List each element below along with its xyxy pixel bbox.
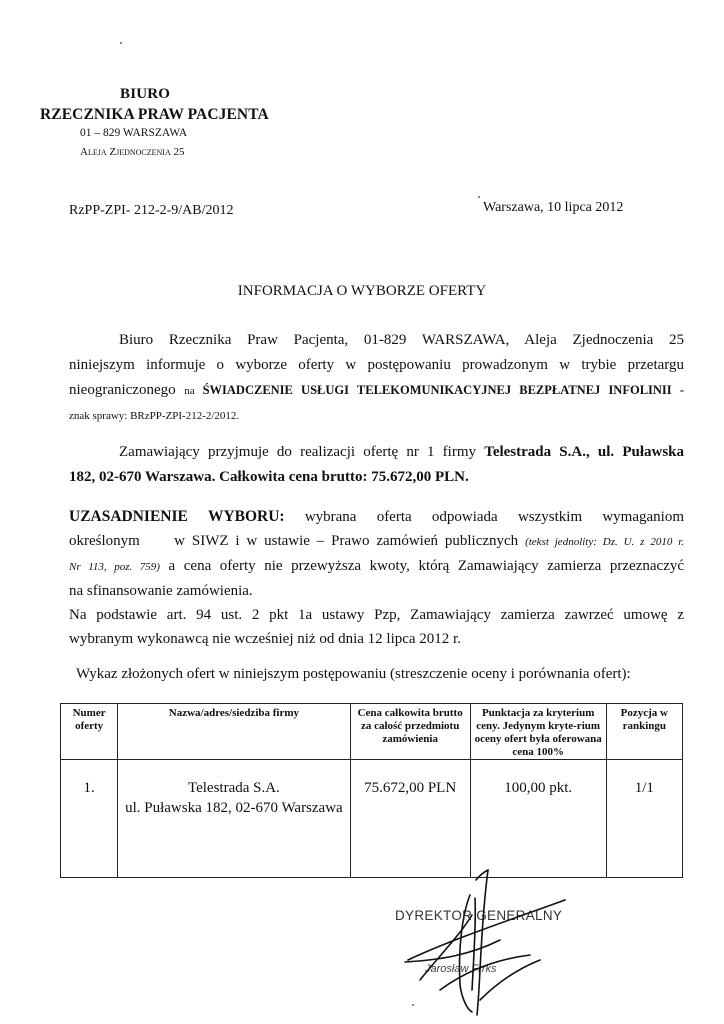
header-offer-number: Numer oferty [61,704,118,760]
letterhead-line2: RZECZNIKA PRAW PACJENTA [40,106,269,124]
letterhead-postal: 01 – 829 WARSZAWA [80,127,187,139]
offers-table: Numer oferty Nazwa/adres/siedziba firmy … [60,703,683,878]
header-points: Punktacja za kryterium ceny. Jedynym kry… [470,704,606,760]
offers-list-intro: Wykaz złożonych ofert w niniejszym postę… [76,662,631,687]
cell-offer-number: 1. [61,760,118,878]
justification-text3: a cena oferty nie przewyższa kwoty, któr… [160,558,684,574]
place-date: Warszawa, 10 lipca 2012 [483,200,623,216]
legal-citation-2: Nr 113, poz. 759) [69,561,160,573]
selected-address-price: 182, 02-670 Warszawa. Całkowita cena bru… [69,469,469,485]
justification-line1: UZASADNIENIE WYBORU: wybrana oferta odpo… [69,505,684,529]
paragraph-justification: UZASADNIENIE WYBORU: wybrana oferta odpo… [69,505,684,603]
letterhead-line1: BIURO [120,86,170,103]
legal-citation-1: (tekst jednolity: Dz. U. z 2010 r. [525,536,684,548]
header-ranking: Pozycja w rankingu [606,704,682,760]
intro-line3-na: na [184,385,202,397]
contract-line1: Na podstawie art. 94 ust. 2 pkt 1a ustaw… [69,603,684,627]
selection-line1: Zamawiający przyjmuje do realizacji ofer… [69,440,684,465]
intro-line1: Biuro Rzecznika Praw Pacjenta, 01-829 WA… [69,328,684,353]
cell-company: Telestrada S.A. ul. Puławska 182, 02-670… [118,760,350,878]
justification-text1: wybrana oferta odpowiada wszystkim wymag… [285,509,684,525]
paragraph-contract: Na podstawie art. 94 ust. 2 pkt 1a ustaw… [69,603,684,651]
selection-text: Zamawiający przyjmuje do realizacji ofer… [119,444,484,460]
selection-line2: 182, 02-670 Warszawa. Całkowita cena bru… [69,465,684,490]
scan-speck [478,196,480,198]
justification-line4: na sfinansowanie zamówienia. [69,579,684,603]
table-header-row: Numer oferty Nazwa/adres/siedziba firmy … [61,704,683,760]
justification-heading: UZASADNIENIE WYBORU: [69,508,285,525]
contract-line2: wybranym wykonawcą nie wcześniej niż od … [69,627,684,651]
header-price: Cena całkowita brutto za całość przedmio… [350,704,470,760]
paragraph-intro: Biuro Rzecznika Praw Pacjenta, 01-829 WA… [69,328,684,429]
justification-text2: określonym w SIWZ i w ustawie – Prawo za… [69,533,525,549]
company-address: ul. Puławska 182, 02-670 Warszawa [119,798,348,818]
reference-number: RzPP-ZPI- 212-2-9/AB/2012 [69,203,234,219]
document-title: INFORMACJA O WYBORZE OFERTY [0,283,724,300]
scan-speck [412,1004,414,1006]
intro-line3: nieograniczonego na ŚWIADCZENIE USŁUGI T… [69,378,684,404]
case-number: znak sprawy: BRzPP-ZPI-212-2/2012. [69,404,684,429]
letterhead-street: Aleja Zjednoczenia 25 [80,146,185,158]
intro-line3-prefix: nieograniczonego [69,382,184,398]
paragraph-selection: Zamawiający przyjmuje do realizacji ofer… [69,440,684,490]
header-company: Nazwa/adres/siedziba firmy [118,704,350,760]
justification-line3: Nr 113, poz. 759) a cena oferty nie prze… [69,554,684,579]
justification-line2: określonym w SIWZ i w ustawie – Prawo za… [69,529,684,554]
company-name: Telestrada S.A. [119,778,348,798]
intro-line2: niniejszym informuje o wyborze oferty w … [69,353,684,378]
table-row: 1. Telestrada S.A. ul. Puławska 182, 02-… [61,760,683,878]
scan-speck [120,42,122,44]
handwritten-signature-icon [380,860,580,1020]
cell-ranking: 1/1 [606,760,682,878]
tender-subject: ŚWIADCZENIE USŁUGI TELEKOMUNIKACYJNEJ BE… [203,383,684,397]
selected-company: Telestrada S.A., ul. Puławska [484,444,684,460]
